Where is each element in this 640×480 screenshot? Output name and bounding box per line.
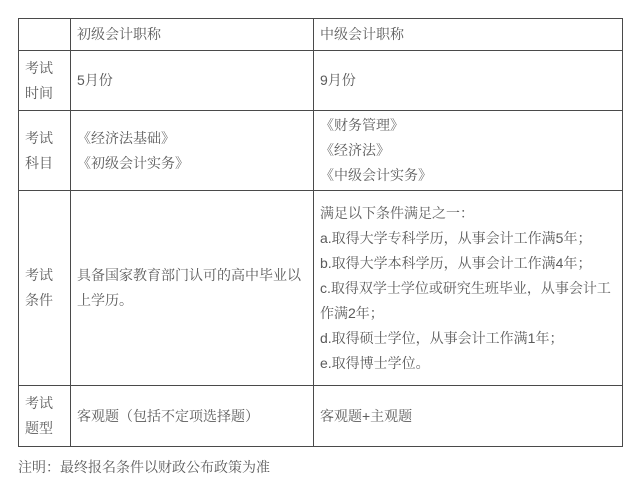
cell-line: 满足以下条件满足之一： [320,201,616,226]
cell-line: 《经济法基础》 [77,126,307,151]
cell-line: 《初级会计实务》 [77,151,307,176]
table-row-exam-time: 考试时间 5月份 9月份 [19,51,623,111]
cell-line: 《中级会计实务》 [320,163,616,188]
table-row-exam-question-type: 考试题型 客观题（包括不定项选择题） 客观题+主观题 [19,386,623,447]
table-row-exam-subjects: 考试科目 《经济法基础》 《初级会计实务》 《财务管理》 《经济法》 《中级会计… [19,111,623,191]
cell-line: 9月份 [320,68,616,93]
cell-line: 具备国家教育部门认可的高中毕业以上学历。 [77,263,307,313]
cell-junior-exam-time: 5月份 [71,51,314,111]
column-header-intermediate: 中级会计职称 [314,19,623,51]
cell-intermediate-exam-time: 9月份 [314,51,623,111]
cell-junior-exam-subjects: 《经济法基础》 《初级会计实务》 [71,111,314,191]
row-label-exam-conditions: 考试条件 [19,191,71,386]
cell-line: 客观题+主观题 [320,404,616,429]
cell-line: c.取得双学士学位或研究生班毕业，从事会计工作满2年； [320,276,616,326]
column-header-junior: 初级会计职称 [71,19,314,51]
cell-intermediate-exam-subjects: 《财务管理》 《经济法》 《中级会计实务》 [314,111,623,191]
table-header-row: 初级会计职称 中级会计职称 [19,19,623,51]
cell-line: 5月份 [77,68,307,93]
row-label-exam-question-type: 考试题型 [19,386,71,447]
exam-comparison-table: 初级会计职称 中级会计职称 考试时间 5月份 9月份 考试科目 《经济法基础》 … [18,18,623,447]
cell-line: a.取得大学专科学历，从事会计工作满5年； [320,226,616,251]
cell-intermediate-exam-question-type: 客观题+主观题 [314,386,623,447]
cell-line: 《经济法》 [320,138,616,163]
row-label-exam-time: 考试时间 [19,51,71,111]
table-row-exam-conditions: 考试条件 具备国家教育部门认可的高中毕业以上学历。 满足以下条件满足之一： a.… [19,191,623,386]
footer-note: 注明：最终报名条件以财政公布政策为准 [18,457,622,477]
cell-line: e.取得博士学位。 [320,351,616,376]
cell-line: 《财务管理》 [320,113,616,138]
corner-cell [19,19,71,51]
row-label-exam-subjects: 考试科目 [19,111,71,191]
cell-line: 客观题（包括不定项选择题） [77,404,307,429]
cell-intermediate-exam-conditions: 满足以下条件满足之一： a.取得大学专科学历，从事会计工作满5年； b.取得大学… [314,191,623,386]
cell-line: d.取得硕士学位，从事会计工作满1年； [320,326,616,351]
cell-junior-exam-conditions: 具备国家教育部门认可的高中毕业以上学历。 [71,191,314,386]
cell-junior-exam-question-type: 客观题（包括不定项选择题） [71,386,314,447]
page: 初级会计职称 中级会计职称 考试时间 5月份 9月份 考试科目 《经济法基础》 … [0,0,640,480]
cell-line: b.取得大学本科学历，从事会计工作满4年； [320,251,616,276]
